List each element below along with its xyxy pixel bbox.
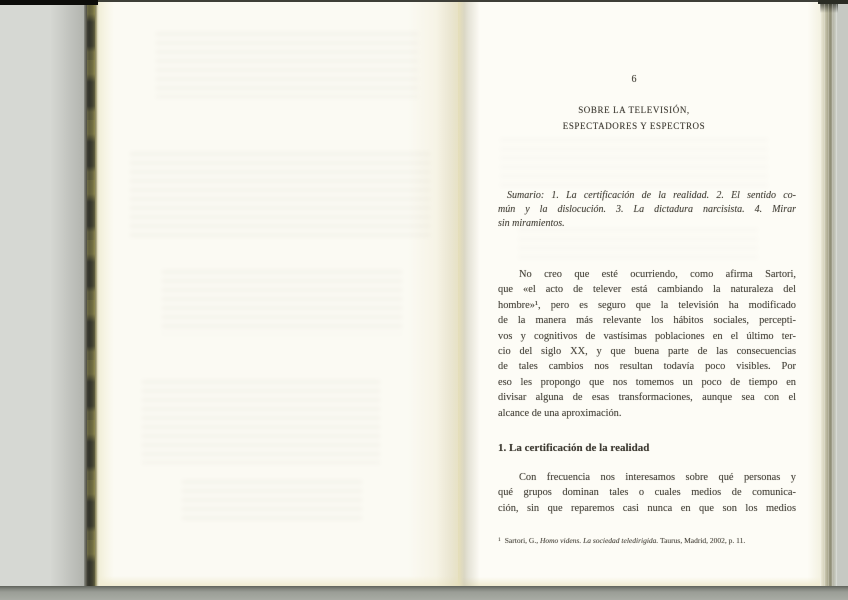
section-heading: 1. La certificación de la realidad bbox=[498, 442, 796, 454]
ghost-showthrough bbox=[500, 138, 768, 192]
text-line: qué grupos dominan tales o cuales medios… bbox=[498, 485, 796, 500]
text-line: Con frecuencia nos interesamos sobre qué… bbox=[498, 470, 796, 485]
text-line: hombre»¹, pero es seguro que la televisi… bbox=[498, 298, 796, 313]
text-line: ción, sin que reparemos casi nunca en qu… bbox=[498, 501, 796, 516]
footnote: 1Sartori, G., Homo videns. La sociedad t… bbox=[498, 536, 796, 547]
left-page-blank bbox=[100, 2, 458, 586]
text-line: cio del siglo XX, y que buena parte de l… bbox=[498, 344, 796, 359]
scan-top-edge bbox=[0, 0, 848, 2]
footnote-work-title: Homo videns. La sociedad teledirigida. bbox=[540, 536, 658, 545]
text-line: Sumario: 1. La certificación de la reali… bbox=[498, 189, 796, 203]
ghost-showthrough bbox=[156, 32, 418, 98]
text-line: sin miramientos. bbox=[498, 217, 796, 231]
chapter-title-line2: ESPECTADORES Y ESPECTROS bbox=[498, 118, 770, 134]
footnote-imprint: Taurus, Madrid, 2002, p. 11. bbox=[658, 536, 745, 545]
body-paragraph-1: No creo que esté ocurriendo, como afirma… bbox=[498, 267, 796, 421]
text-line: de la manera más relevante los hábitos s… bbox=[498, 313, 796, 328]
scanner-bed-right bbox=[838, 0, 848, 600]
chapter-title: SOBRE LA TELEVISIÓN, ESPECTADORES Y ESPE… bbox=[498, 102, 796, 134]
right-fore-edge-pages bbox=[820, 2, 838, 586]
right-page: 6 SOBRE LA TELEVISIÓN, ESPECTADORES Y ES… bbox=[458, 2, 822, 586]
chapter-title-line1: SOBRE LA TELEVISIÓN, bbox=[498, 102, 770, 118]
book-cover-edge bbox=[84, 0, 100, 586]
text-line: alcance de una aproximación. bbox=[498, 406, 796, 421]
text-line: eso les propongo que nos tomemos un poco… bbox=[498, 375, 796, 390]
text-line: que «el acto de telever está cambiando l… bbox=[498, 282, 796, 297]
scanned-book-page: 6 SOBRE LA TELEVISIÓN, ESPECTADORES Y ES… bbox=[0, 0, 848, 600]
scanner-bed-shadow bbox=[50, 0, 84, 586]
scan-top-edge-right bbox=[818, 0, 848, 4]
ghost-showthrough bbox=[142, 380, 380, 464]
scan-top-edge-left bbox=[0, 0, 98, 5]
ghost-showthrough bbox=[130, 152, 430, 238]
page-number: 6 bbox=[498, 74, 796, 85]
ghost-showthrough bbox=[162, 270, 402, 334]
footnote-marker: 1 bbox=[498, 537, 501, 543]
text-line: vos y cognitivos de vastísimas poblacion… bbox=[498, 329, 796, 344]
footnote-author: Sartori, G., bbox=[505, 536, 540, 545]
text-line: No creo que esté ocurriendo, como afirma… bbox=[498, 267, 796, 282]
ghost-showthrough bbox=[182, 480, 362, 522]
text-line: divisar alguna de esas transformaciones,… bbox=[498, 390, 796, 405]
text-line: mún y la dislocución. 3. La dictadura na… bbox=[498, 203, 796, 217]
scan-bottom-edge bbox=[0, 586, 848, 600]
body-paragraph-2: Con frecuencia nos interesamos sobre qué… bbox=[498, 470, 796, 516]
text-line: de tales cambios nos resultan todavía po… bbox=[498, 359, 796, 374]
ghost-showthrough bbox=[518, 228, 758, 264]
chapter-summary: Sumario: 1. La certificación de la reali… bbox=[498, 189, 796, 231]
